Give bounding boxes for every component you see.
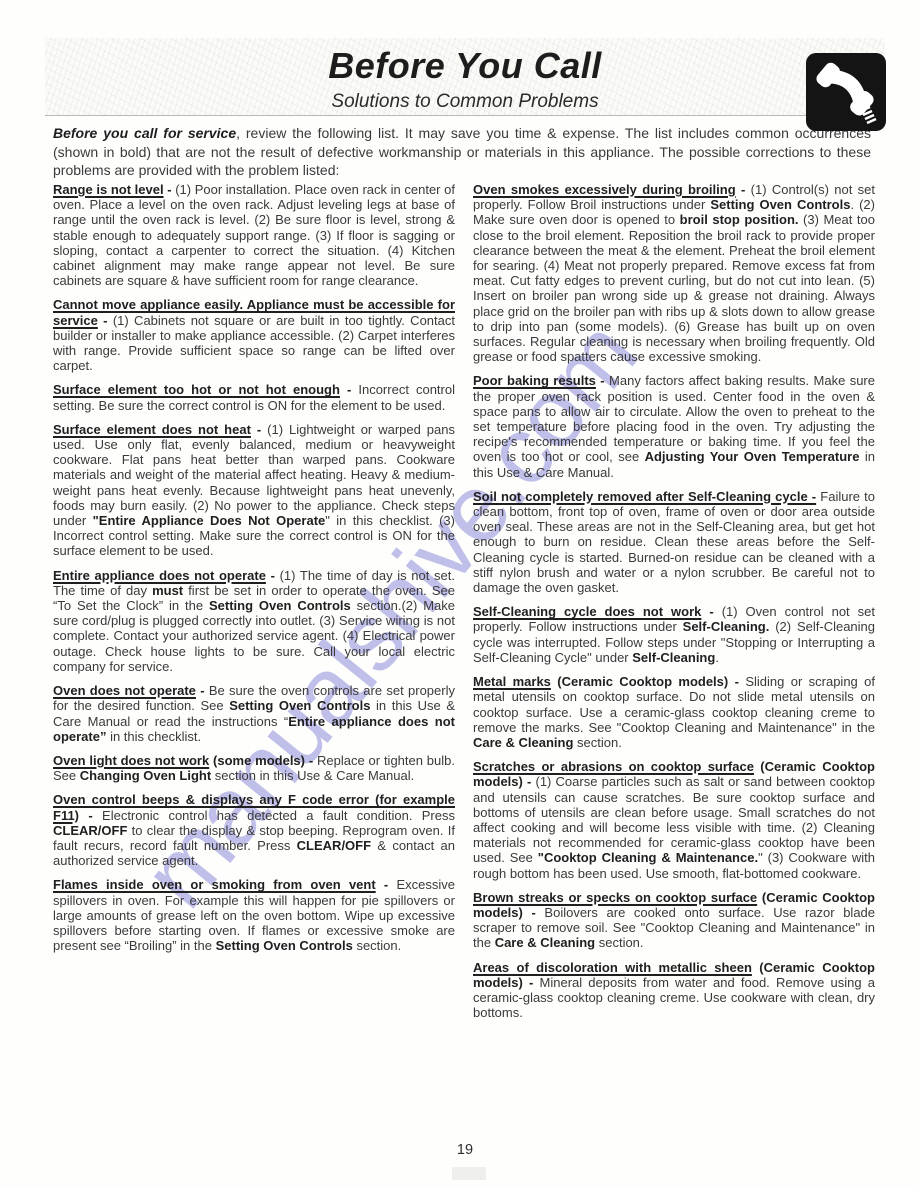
item-heading-underline: Entire appliance does not operate <box>53 568 266 583</box>
item-bold-text: Self-Cleaning <box>632 650 715 665</box>
troubleshooting-item: Oven smokes excessively during broiling … <box>473 182 875 364</box>
page-title: Before You Call <box>45 38 885 87</box>
item-heading: Areas of discoloration with metallic she… <box>473 960 875 990</box>
intro-paragraph: Before you call for service, review the … <box>53 124 871 180</box>
item-heading-underline: Self-Cleaning cycle does not work <box>473 604 701 619</box>
troubleshooting-item: Self-Cleaning cycle does not work - (1) … <box>473 604 875 665</box>
item-bold-text: Setting Oven Controls <box>710 197 850 212</box>
phone-handset-icon <box>805 52 887 137</box>
troubleshooting-item: Entire appliance does not operate - (1) … <box>53 568 455 674</box>
manual-page: { "header": { "title": "Before You Call"… <box>0 0 918 1188</box>
item-heading-underline: Oven does not operate <box>53 683 196 698</box>
item-bold-text: Care & Cleaning <box>473 735 573 750</box>
item-heading-underline: Flames inside oven or smoking from oven … <box>53 877 376 892</box>
item-heading: Soil not completely removed after Self-C… <box>473 489 820 504</box>
item-heading-underline: Areas of discoloration with metallic she… <box>473 960 752 975</box>
troubleshooting-item: Scratches or abrasions on cooktop surfac… <box>473 759 875 881</box>
item-heading: Self-Cleaning cycle does not work - <box>473 604 722 619</box>
item-bold-text: "Entire Appliance Does Not Operate <box>93 513 326 528</box>
troubleshooting-item: Oven light does not work (some models) -… <box>53 753 455 783</box>
troubleshooting-item: Surface element does not heat - (1) Ligh… <box>53 422 455 559</box>
item-heading: Entire appliance does not operate - <box>53 568 280 583</box>
column-right: Oven smokes excessively during broiling … <box>473 182 875 1029</box>
item-heading-underline: Surface element too hot or not hot enoug… <box>53 382 340 397</box>
item-heading-underline: Oven smokes excessively during broiling <box>473 182 736 197</box>
troubleshooting-item: Metal marks (Ceramic Cooktop models) - S… <box>473 674 875 750</box>
intro-lead: Before you call for service <box>53 125 236 141</box>
item-bold-text: Self-Cleaning. <box>683 619 770 634</box>
page-subtitle: Solutions to Common Problems <box>45 91 885 113</box>
item-heading-underline: Oven control beeps & displays any F code… <box>53 792 455 822</box>
item-bold-text: Setting Oven Controls <box>216 938 353 953</box>
item-heading-underline: Metal marks <box>473 674 551 689</box>
troubleshooting-item: Oven does not operate - Be sure the oven… <box>53 683 455 744</box>
item-bold-text: Changing Oven Light <box>80 768 211 783</box>
item-heading-underline: Range is not level <box>53 182 164 197</box>
item-heading-underline: Scratches or abrasions on cooktop surfac… <box>473 759 754 774</box>
item-heading: Oven does not operate - <box>53 683 209 698</box>
item-heading: Oven smokes excessively during broiling … <box>473 182 751 197</box>
troubleshooting-item: Soil not completely removed after Self-C… <box>473 489 875 595</box>
troubleshooting-item: Surface element too hot or not hot enoug… <box>53 382 455 412</box>
troubleshooting-item: Poor baking results - Many factors affec… <box>473 373 875 479</box>
item-bold-text: broil stop position. <box>680 212 799 227</box>
troubleshooting-item: Brown streaks or specks on cooktop surfa… <box>473 890 875 951</box>
page-number: 19 <box>448 1142 482 1158</box>
troubleshooting-item: Areas of discoloration with metallic she… <box>473 960 875 1021</box>
troubleshooting-item: Range is not level - (1) Poor installati… <box>53 182 455 288</box>
item-bold-text: Adjusting Your Oven Temperature <box>645 449 860 464</box>
item-heading-underline: Cannot move appliance easily. Appliance … <box>53 297 455 327</box>
item-heading: Surface element does not heat - <box>53 422 267 437</box>
troubleshooting-columns: Range is not level - (1) Poor installati… <box>53 182 875 1029</box>
item-heading-underline: Poor baking results <box>473 373 596 388</box>
item-heading-underline: Oven light does not work <box>53 753 209 768</box>
item-heading: Range is not level - <box>53 182 175 197</box>
item-heading-underline: Soil not completely removed after Self-C… <box>473 489 816 504</box>
troubleshooting-item: Cannot move appliance easily. Appliance … <box>53 297 455 373</box>
item-bold-text: Entire appliance does not operate” <box>53 714 455 744</box>
item-bold-text: CLEAR/OFF <box>53 823 127 838</box>
item-bold-text: "Cooktop Cleaning & Maintenance. <box>538 850 758 865</box>
header-band: Before You Call Solutions to Common Prob… <box>45 38 885 116</box>
item-heading: Oven control beeps & displays any F code… <box>53 792 455 822</box>
item-heading: Scratches or abrasions on cooktop surfac… <box>473 759 875 789</box>
item-heading: Oven light does not work (some models) - <box>53 753 317 768</box>
item-bold-text: Setting Oven Controls <box>229 698 370 713</box>
item-bold-text: must <box>152 583 183 598</box>
item-heading: Surface element too hot or not hot enoug… <box>53 382 358 397</box>
column-left: Range is not level - (1) Poor installati… <box>53 182 455 1029</box>
item-bold-text: Setting Oven Controls <box>209 598 351 613</box>
item-heading: Metal marks (Ceramic Cooktop models) - <box>473 674 745 689</box>
item-heading-underline: Brown streaks or specks on cooktop surfa… <box>473 890 757 905</box>
item-bold-text: Care & Cleaning <box>495 935 595 950</box>
troubleshooting-item: Flames inside oven or smoking from oven … <box>53 877 455 953</box>
item-heading: Brown streaks or specks on cooktop surfa… <box>473 890 875 920</box>
item-heading-underline: Surface element does not heat <box>53 422 251 437</box>
item-heading: Poor baking results - <box>473 373 609 388</box>
scan-smudge <box>452 1167 486 1180</box>
troubleshooting-item: Oven control beeps & displays any F code… <box>53 792 455 868</box>
item-heading: Cannot move appliance easily. Appliance … <box>53 297 455 327</box>
item-bold-text: CLEAR/OFF <box>297 838 371 853</box>
item-heading: Flames inside oven or smoking from oven … <box>53 877 396 892</box>
